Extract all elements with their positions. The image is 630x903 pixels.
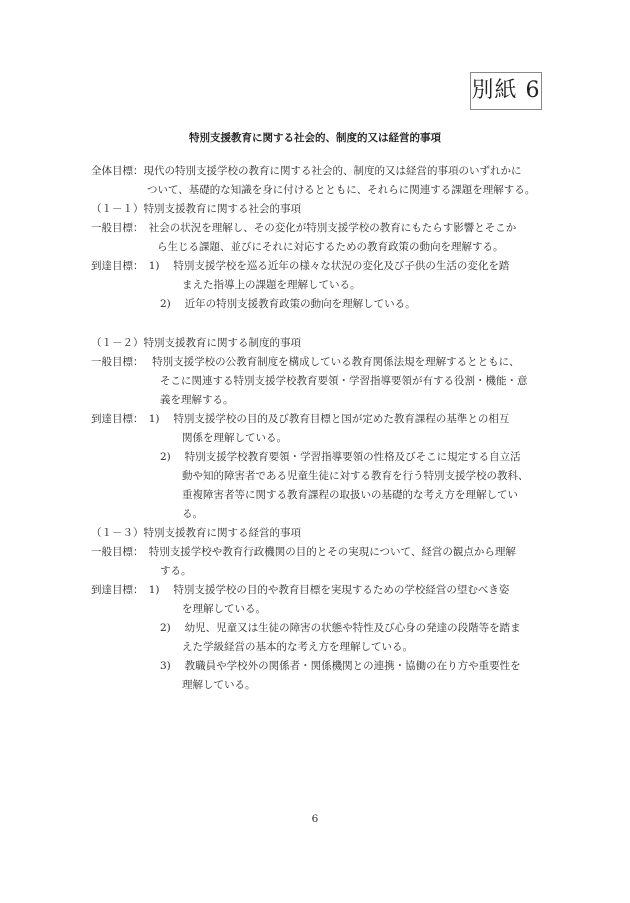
- text-line: えた学級経営の基本的な考え方を理解している。: [182, 640, 413, 654]
- text-line: ついて、基礎的な知識を身に付けるとともに、それらに関連する課題を理解する。: [147, 183, 535, 197]
- text-line: 全体目標：現代の特別支援学校の教育に関する社会的、制度的又は経営的事項のいずれか…: [91, 164, 522, 178]
- text-line: 一般目標： 特別支援学校や教育行政機関の目的とその実現について、経営の観点から理…: [91, 545, 516, 559]
- text-line: （１－２）特別支援教育に関する制度的事項: [91, 336, 301, 350]
- text-line: 動や知的障害者である児童生徒に対する教育を行う特別支援学校の教科、: [182, 469, 529, 483]
- text-line: 到達目標： 1) 特別支援学校を巡る近年の様々な状況の変化及び子供の生活の変化を…: [91, 259, 509, 273]
- text-line: 2) 特別支援学校教育要領・学習指導要領の性格及びそこに規定する自立活: [160, 450, 521, 464]
- text-line: 一般目標： 社会の状況を理解し、その変化が特別支援学校の教育にもたらす影響とそこ…: [91, 221, 516, 235]
- text-line: 到達目標： 1) 特別支援学校の目的や教育目標を実現するための学校経営の望むべき…: [91, 583, 509, 597]
- text-line: ら生じる課題、並びにそれに対応するための教育政策の動向を理解する。: [157, 240, 504, 254]
- document-title: 特別支援教育に関する社会的、制度的又は経営的事項: [0, 130, 630, 145]
- text-line: 義を理解する。: [160, 393, 234, 407]
- text-line: 2) 近年の特別支援教育政策の動向を理解している。: [160, 297, 416, 311]
- text-line: 3) 教職員や学校外の関係者・関係機関との連携・協働の在り方や重要性を: [160, 659, 521, 673]
- text-line: （１－３）特別支援教育に関する経営的事項: [91, 526, 301, 540]
- text-line: そこに関連する特別支援学校教育要領・学習指導要領が有する役割・機能・意: [160, 374, 528, 388]
- attachment-label: 別紙 6: [470, 72, 542, 110]
- text-line: 一般目標： 特別支援学校の公教育制度を構成している教育関係法規を理解するとともに…: [91, 355, 520, 369]
- text-line: 理解している。: [182, 678, 256, 692]
- text-line: 重複障害者等に関する教育課程の取扱いの基礎的な考え方を理解してい: [182, 488, 518, 502]
- text-line: 関係を理解している。: [182, 431, 287, 445]
- text-line: まえた指導上の課題を理解している。: [182, 278, 361, 292]
- text-line: 到達目標： 1) 特別支援学校の目的及び教育目標と国が定めた教育課程の基準との相…: [91, 412, 509, 426]
- text-line: 2) 幼児、児童又は生徒の障害の状態や特性及び心身の発達の段階等を踏ま: [160, 621, 521, 635]
- text-line: を理解している。: [182, 602, 266, 616]
- text-line: （１－１）特別支援教育に関する社会的事項: [91, 202, 301, 216]
- page-number: 6: [0, 813, 630, 825]
- text-line: る。: [182, 507, 203, 521]
- text-line: する。: [160, 564, 192, 578]
